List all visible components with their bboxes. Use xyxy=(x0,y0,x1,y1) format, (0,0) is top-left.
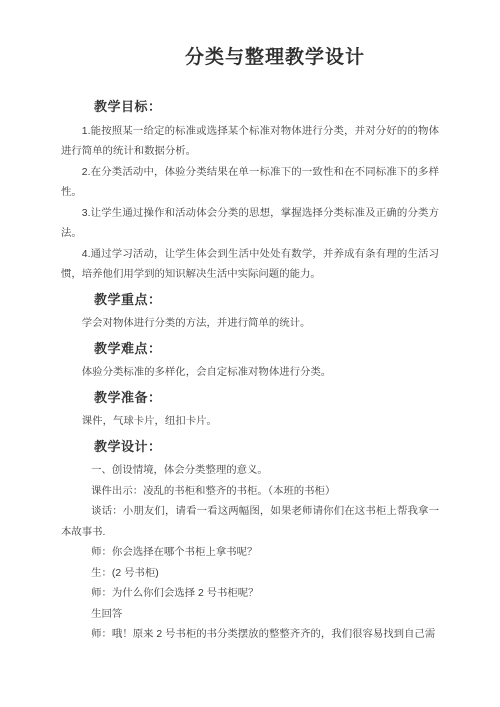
preparation-paragraph: 课件，气球卡片，纽扣卡片。 xyxy=(61,412,439,433)
document-content: 分类与整理教学设计 教学目标： 1.能按照某一给定的标准或选择某个标准对物体进行… xyxy=(0,0,500,646)
section-heading-design: 教学设计： xyxy=(94,437,439,458)
design-paragraph-2: 课件出示：凌乱的书柜和整齐的书柜。（本班的书柜） xyxy=(61,482,439,503)
dialogue-student-2: 生回答 xyxy=(61,605,439,626)
dialogue-student-1: 生：(2 号书柜) xyxy=(61,564,439,585)
objective-paragraph-1: 1.能按照某一给定的标准或选择某个标准对物体进行分类，并对分好的的物体进行简单的… xyxy=(61,122,439,163)
section-heading-difficulties: 教学难点： xyxy=(94,339,439,360)
design-paragraph-1: 一、创设情境，体会分类整理的意义。 xyxy=(61,461,439,482)
dialogue-teacher-2: 师：为什么你们会选择 2 号书柜呢？ xyxy=(61,584,439,605)
key-points-paragraph: 学会对物体进行分类的方法，并进行简单的统计。 xyxy=(61,314,439,335)
section-heading-key-points: 教学重点： xyxy=(94,290,439,311)
dialogue-teacher-1: 师：你会选择在哪个书柜上拿书呢？ xyxy=(61,543,439,564)
objective-paragraph-4: 4.通过学习活动，让学生体会到生活中处处有数学，并养成有条有理的生活习惯，培养他… xyxy=(61,245,439,286)
dialogue-teacher-3: 师：哦！原来 2 号书柜的书分类摆放的整整齐齐的，我们很容易找到自己需 xyxy=(61,625,439,646)
objective-paragraph-3: 3.让学生通过操作和活动体会分类的思想，掌握选择分类标准及正确的分类方法。 xyxy=(61,204,439,245)
page-title: 分类与整理教学设计 xyxy=(111,44,439,71)
dialogue-intro: 谈话：小朋友们，请看一看这两幅图，如果老师请你们在这书柜上帮我拿一本故事书. xyxy=(61,502,439,543)
document-page: 分类与整理教学设计 教学目标： 1.能按照某一给定的标准或选择某个标准对物体进行… xyxy=(0,0,500,707)
section-heading-objectives: 教学目标： xyxy=(94,97,439,118)
section-heading-preparation: 教学准备： xyxy=(94,388,439,409)
objective-paragraph-2: 2.在分类活动中，体验分类结果在单一标准下的一致性和在不同标准下的多样性。 xyxy=(61,163,439,204)
difficulties-paragraph: 体验分类标准的多样化，会自定标准对物体进行分类。 xyxy=(61,363,439,384)
